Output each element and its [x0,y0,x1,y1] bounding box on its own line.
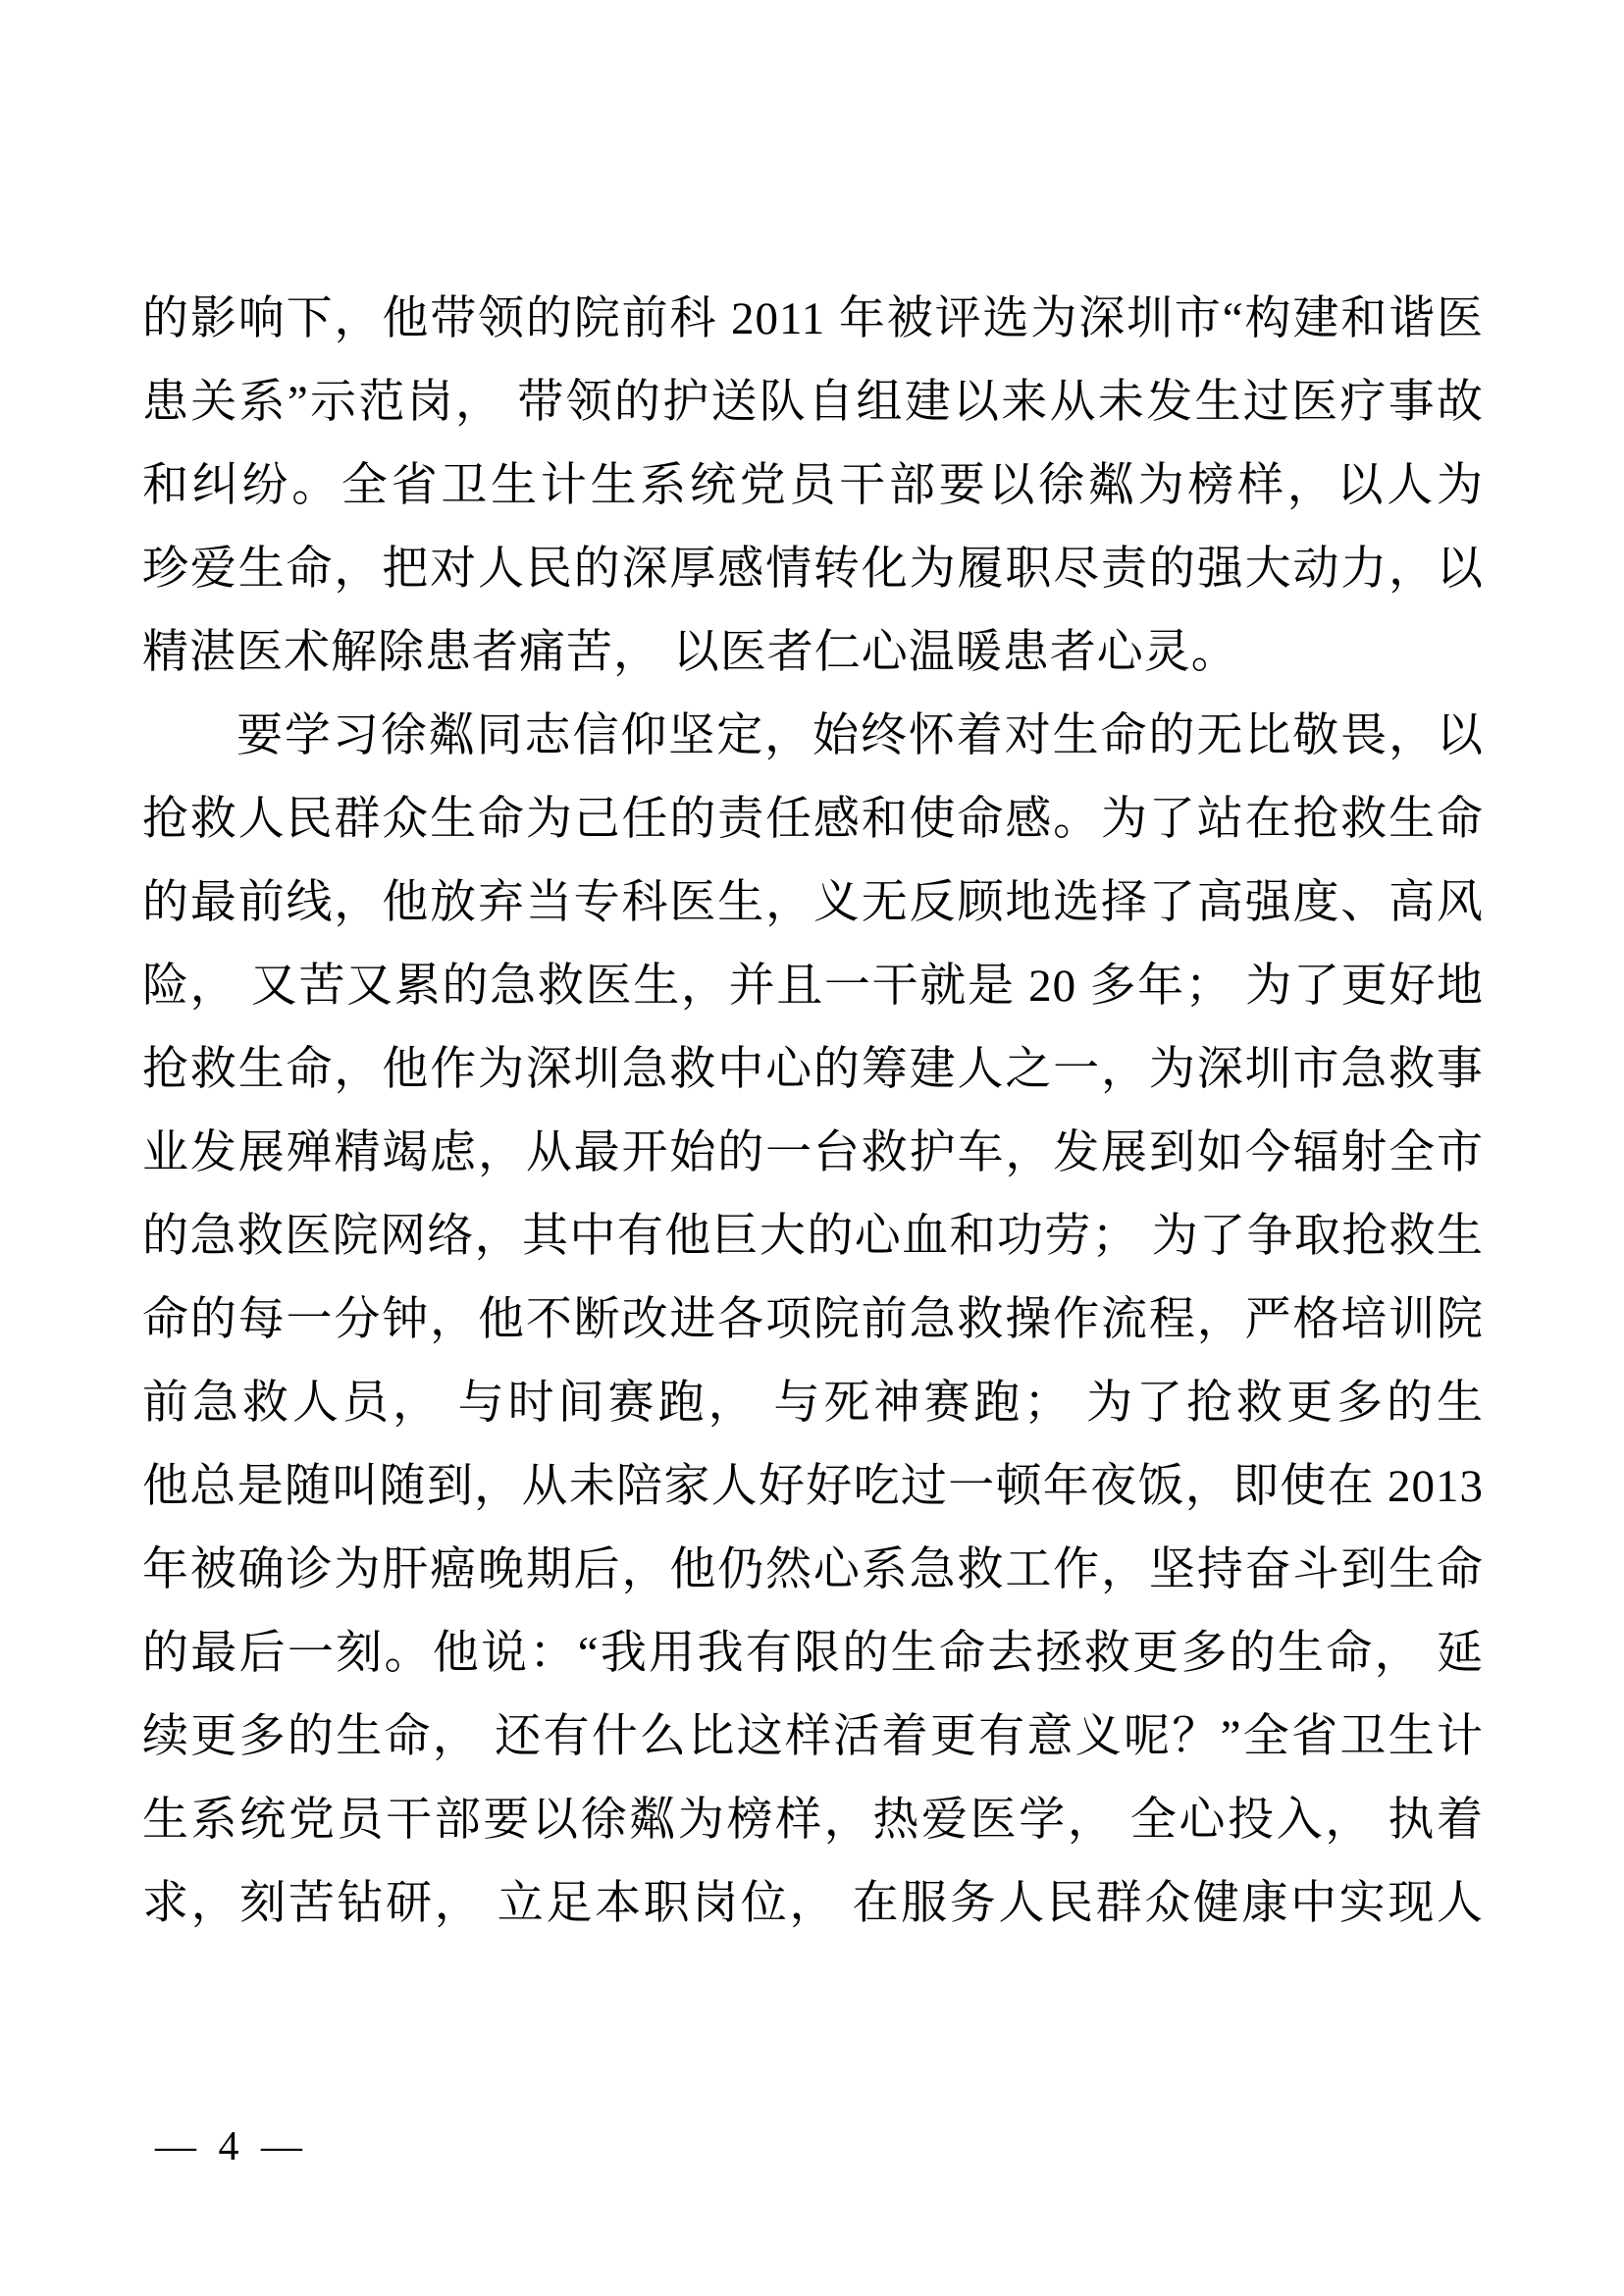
text-line: 险， 又苦又累的急救医生，并且一干就是 20 多年； 为了更好地 [142,945,1484,1028]
text-line: 的最后一刻。他说：“我用我有限的生命去拯救更多的生命， 延 [142,1612,1484,1696]
document-page: 的影响下，他带领的院前科 2011 年被评选为深圳市“构建和谐医患关系”示范岗，… [0,0,1624,2296]
text-line: 抢救人民群众生命为己任的责任感和使命感。为了站在抢救生命 [142,778,1484,861]
text-line: 生系统党员干部要以徐粼为榜样，热爱医学， 全心投入， 执着追 [142,1779,1484,1862]
text-line: 命的每一分钟，他不断改进各项院前急救操作流程，严格培训院 [142,1278,1484,1362]
text-line: 精湛医术解除患者痛苦， 以医者仁心温暖患者心灵。 [142,611,1484,695]
text-line: 他总是随叫随到，从未陪家人好好吃过一顿年夜饭，即使在 2013 [142,1445,1484,1529]
text-line: 前急救人员， 与时间赛跑， 与死神赛跑； 为了抢救更多的生命， [142,1362,1484,1445]
page-number: — 4 — [155,2117,308,2176]
text-line: 的急救医院网络，其中有他巨大的心血和功劳； 为了争取抢救生 [142,1195,1484,1278]
text-line: 抢救生命，他作为深圳急救中心的筹建人之一，为深圳市急救事 [142,1028,1484,1112]
text-line: 年被确诊为肝癌晚期后，他仍然心系急救工作，坚持奋斗到生命 [142,1529,1484,1612]
text-line: 要学习徐粼同志信仰坚定，始终怀着对生命的无比敬畏，以 [142,695,1484,778]
text-line: 的影响下，他带领的院前科 2011 年被评选为深圳市“构建和谐医 [142,278,1484,361]
text-line: 续更多的生命， 还有什么比这样活着更有意义呢？”全省卫生计 [142,1696,1484,1779]
text-line: 患关系”示范岗， 带领的护送队自组建以来从未发生过医疗事故 [142,361,1484,444]
text-line: 业发展殚精竭虑，从最开始的一台救护车，发展到如今辐射全市 [142,1112,1484,1195]
text-line: 珍爱生命，把对人民的深厚感情转化为履职尽责的强大动力，以 [142,528,1484,611]
text-line: 求，刻苦钻研， 立足本职岗位， 在服务人民群众健康中实现人生 [142,1862,1484,1946]
document-body: 的影响下，他带领的院前科 2011 年被评选为深圳市“构建和谐医患关系”示范岗，… [142,278,1484,1946]
text-line: 和纠纷。全省卫生计生系统党员干部要以徐粼为榜样，以人为本， [142,444,1484,528]
text-line: 的最前线，他放弃当专科医生，义无反顾地选择了高强度、高风 [142,861,1484,945]
